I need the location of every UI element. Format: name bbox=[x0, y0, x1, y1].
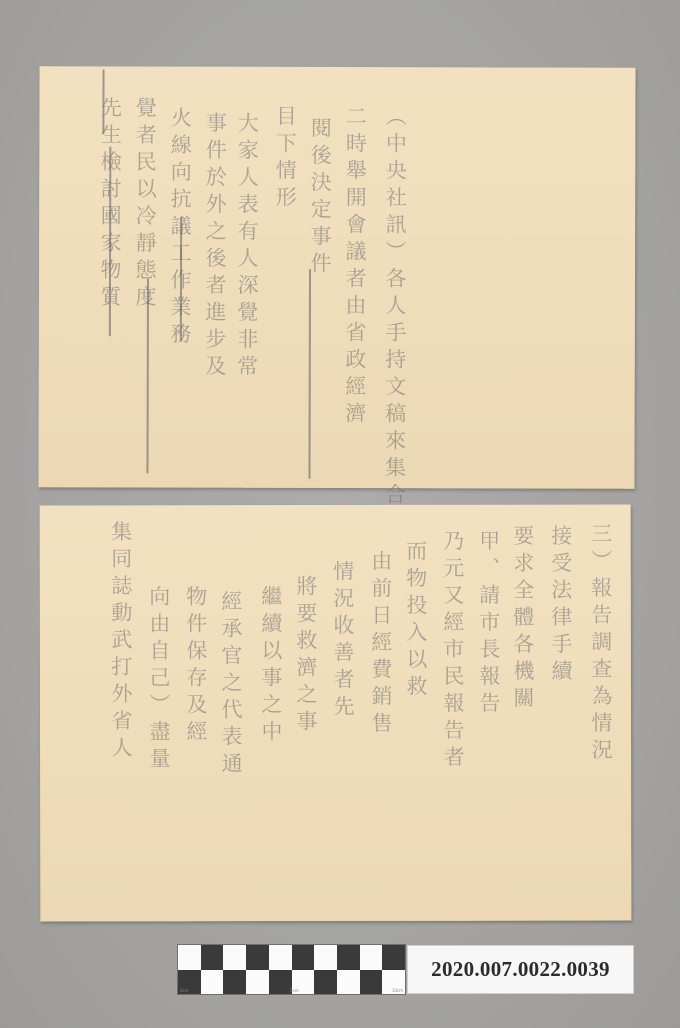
handwritten-column: 大家人表有人深覺非常 bbox=[236, 112, 258, 382]
handwritten-column: 乃元又經市民報告者 bbox=[442, 530, 463, 773]
handwritten-column: 由前日經費銷售 bbox=[370, 550, 391, 739]
handwritten-column: 而物投入以救 bbox=[405, 540, 426, 702]
reference-card: 0cm 5cm 10cm 2020.007.0022.0039 bbox=[177, 944, 634, 995]
handwritten-column: 閱後決定事件 bbox=[309, 117, 330, 279]
handwritten-column: 甲、請市長報告 bbox=[478, 530, 499, 719]
handwritten-column: 覺者民以冷靜態度 bbox=[134, 96, 156, 312]
scale-mark-10: 10cm bbox=[392, 988, 403, 993]
handwritten-columns: （中央社訊）各人手持文稿來集合 二時舉開會議者由省政經濟 閱後決定事件 目下情形… bbox=[38, 66, 635, 489]
handwritten-column: 物件保存及經 bbox=[185, 585, 206, 747]
handwritten-column: 情況收善者先 bbox=[332, 560, 353, 722]
handwritten-column: 向由自己）盡量 bbox=[148, 585, 169, 774]
handwritten-column: 接受法律手續 bbox=[550, 525, 571, 687]
pencil-stroke bbox=[180, 217, 182, 342]
handwritten-column: 經承官之代表通 bbox=[220, 590, 241, 779]
handwritten-column: 集同誌動武打外省人 bbox=[110, 520, 131, 763]
manuscript-page-upper: （中央社訊）各人手持文稿來集合 二時舉開會議者由省政經濟 閱後決定事件 目下情形… bbox=[38, 66, 635, 489]
handwritten-column: 要求全體各機關 bbox=[512, 525, 533, 714]
checkerboard-scale-bar: 0cm 5cm 10cm bbox=[177, 944, 406, 995]
handwritten-column: 三）報告調查為情況 bbox=[590, 523, 611, 766]
handwritten-column: 將要救濟之事 bbox=[295, 575, 316, 737]
manuscript-page-lower: 三）報告調查為情況 接受法律手續 要求全體各機關 甲、請市長報告 乃元又經市民報… bbox=[40, 504, 632, 921]
handwritten-columns: 三）報告調查為情況 接受法律手續 要求全體各機關 甲、請市長報告 乃元又經市民報… bbox=[40, 504, 632, 921]
handwritten-column: 二時舉開會議者由省政經濟 bbox=[344, 105, 366, 429]
handwritten-column: 目下情形 bbox=[274, 105, 295, 213]
handwritten-column: 繼續以事之中 bbox=[260, 585, 281, 747]
scale-mark-0: 0cm bbox=[180, 988, 189, 993]
scale-mark-5: 5cm bbox=[290, 988, 299, 993]
handwritten-column: 事件於外之後者進步及 bbox=[204, 112, 226, 382]
pencil-stroke bbox=[102, 69, 104, 134]
handwritten-column: （中央社訊）各人手持文稿來集合 bbox=[383, 105, 405, 510]
catalog-number-label: 2020.007.0022.0039 bbox=[407, 945, 634, 994]
